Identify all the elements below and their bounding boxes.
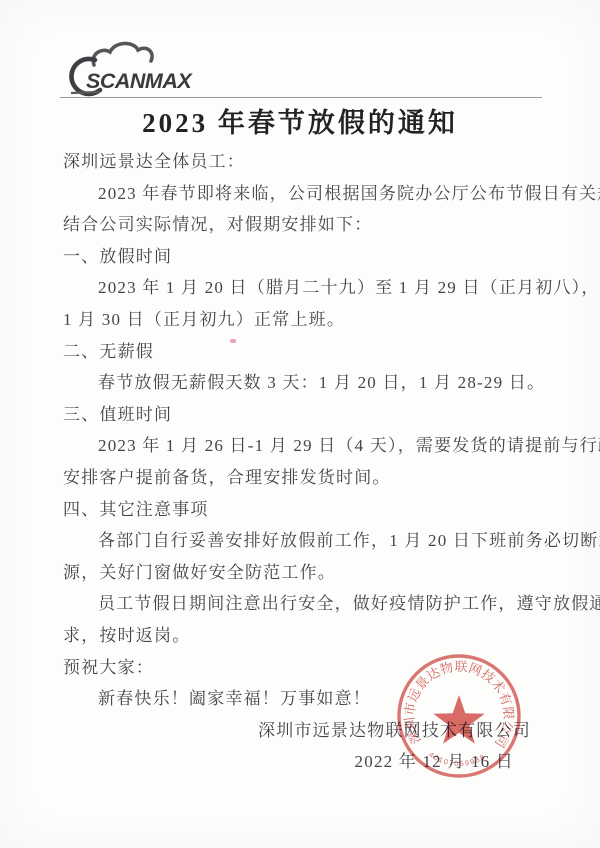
letterhead-divider (60, 97, 542, 98)
notice-line: 源，关好门窗做好安全防范工作。 (63, 557, 541, 589)
notice-line: 春节放假无薪假天数 3 天：1 月 20 日，1 月 28-29 日。 (63, 367, 541, 399)
notice-title: 2023 年春节放假的通知 (0, 101, 600, 140)
notice-line: 安排客户提前备货，合理安排发货时间。 (63, 462, 541, 494)
notice-line: 1 月 30 日（正月初九）正常上班。 (63, 304, 541, 336)
section-heading-4: 四、其它注意事项 (63, 494, 541, 526)
wishes-lead-line: 预祝大家： (63, 652, 541, 684)
wishes-line: 新春快乐！阖家幸福！万事如意！ (63, 683, 541, 715)
signature-date: 2022 年 12 月 16 日 (63, 746, 541, 778)
notice-line: 结合公司实际情况，对假期安排如下： (63, 209, 541, 241)
salutation-line: 深圳远景达全体员工： (63, 146, 541, 178)
notice-line: 员工节假日期间注意出行安全，做好疫情防护工作，遵守放假通知要 (63, 588, 541, 620)
logo-text: SCANMAX (86, 69, 193, 93)
section-heading-1: 一、放假时间 (63, 241, 541, 273)
section-heading-2: 二、无薪假 (63, 336, 541, 368)
brand-logo: SCANMAX (64, 40, 198, 98)
cloud-icon (93, 43, 152, 65)
notice-line: 2023 年 1 月 20 日（腊月二十九）至 1 月 29 日（正月初八），共… (63, 272, 541, 304)
notice-line: 求，按时返岗。 (63, 620, 541, 652)
section-heading-3: 三、值班时间 (63, 399, 541, 431)
scanned-notice-page: SCANMAX 2023 年春节放假的通知 深圳远景达全体员工： 2023 年春… (0, 0, 600, 848)
notice-line: 2023 年春节即将来临，公司根据国务院办公厅公布节假日有关规定及 (63, 178, 541, 210)
notice-line: 2023 年 1 月 26 日-1 月 29 日（4 天），需要发货的请提前与行… (63, 430, 541, 462)
scan-speck (230, 339, 236, 343)
notice-body: 深圳远景达全体员工： 2023 年春节即将来临，公司根据国务院办公厅公布节假日有… (63, 146, 541, 778)
notice-line: 各部门自行妥善安排好放假前工作，1 月 20 日下班前务必切断水、电 (63, 525, 541, 557)
signature-company: 深圳市远景达物联网技术有限公司 (63, 715, 541, 747)
